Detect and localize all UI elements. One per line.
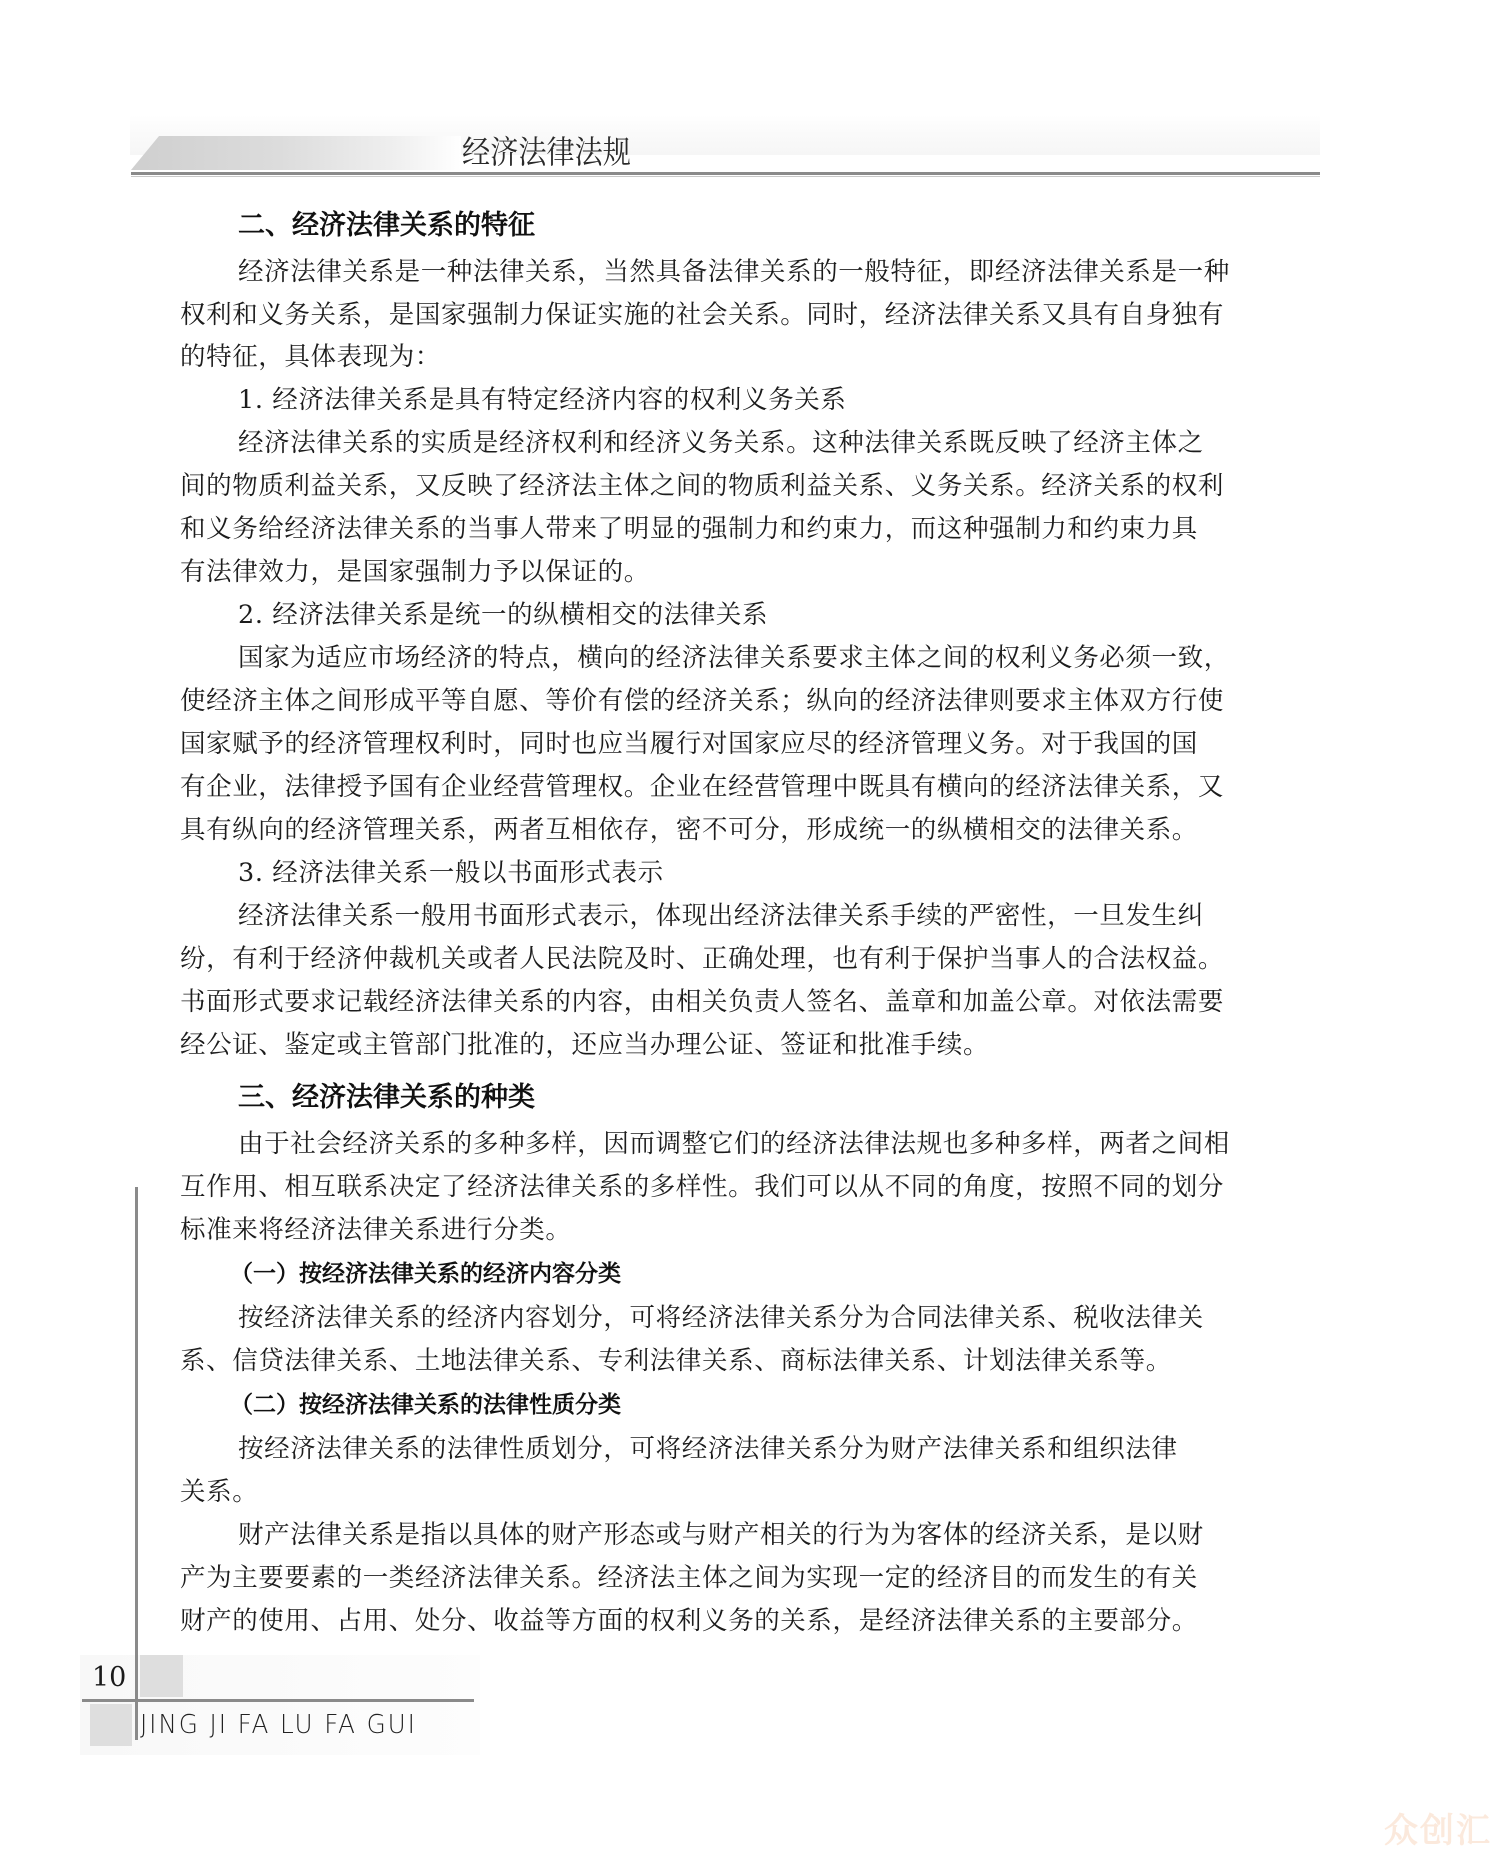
footer-rule [82,1699,474,1702]
paragraph-line: 和义务给经济法律关系的当事人带来了明显的强制力和约束力，而这种强制力和约束力具 [180,512,1198,546]
paragraph-line: 经济法律关系是一种法律关系，当然具备法律关系的一般特征，即经济法律关系是一种 [238,255,1230,289]
paragraph-line: 书面形式要求记载经济法律关系的内容，由相关负责人签名、盖章和加盖公章。对依法需要 [180,985,1224,1019]
paragraph-line: 间的物质利益关系，又反映了经济法主体之间的物质利益关系、义务关系。经济关系的权利 [180,469,1224,503]
paragraph-line: 经济法律关系的实质是经济权利和经济义务关系。这种法律关系既反映了经济主体之 [238,426,1204,460]
running-title: 经济法律法规 [462,130,631,174]
paragraph-line: 产为主要要素的一类经济法律关系。经济法主体之间为实现一定的经济目的而发生的有关 [180,1561,1198,1595]
header-rule [131,172,1320,175]
margin-rule-vertical [135,1187,138,1740]
header-rule-thin [131,176,1320,177]
subsection-heading: （二）按经济法律关系的法律性质分类 [230,1389,621,1421]
paragraph-line: 经济法律关系一般用书面形式表示，体现出经济法律关系手续的严密性，一旦发生纠 [238,899,1204,933]
item-title: 1. 经济法律关系是具有特定经济内容的权利义务关系 [238,383,846,417]
paragraph-line: 标准来将经济法律关系进行分类。 [180,1213,572,1247]
section-heading: 二、经济法律关系的特征 [238,208,535,244]
paragraph-line: 互作用、相互联系决定了经济法律关系的多样性。我们可以从不同的角度，按照不同的划分 [180,1170,1224,1204]
paragraph-line: 财产的使用、占用、处分、收益等方面的权利义务的关系，是经济法律关系的主要部分。 [180,1604,1198,1638]
paragraph-line: 系、信贷法律关系、土地法律关系、专利法律关系、商标法律关系、计划法律关系等。 [180,1344,1172,1378]
subsection-heading: （一）按经济法律关系的经济内容分类 [230,1258,621,1290]
paragraph-line: 国家为适应市场经济的特点，横向的经济法律关系要求主体之间的权利义务必须一致， [238,641,1230,675]
page-number: 10 [92,1660,126,1696]
header-gradient-wedge [131,136,461,170]
section-heading: 三、经济法律关系的种类 [238,1080,535,1116]
paragraph-line: 关系。 [180,1475,258,1509]
paragraph-line: 使经济主体之间形成平等自愿、等价有偿的经济关系；纵向的经济法律则要求主体双方行使 [180,684,1224,718]
paragraph-line: 按经济法律关系的经济内容划分，可将经济法律关系分为合同法律关系、税收法律关 [238,1301,1204,1335]
paragraph-line: 财产法律关系是指以具体的财产形态或与财产相关的行为为客体的经济关系，是以财 [238,1518,1204,1552]
paragraph-line: 具有纵向的经济管理关系，两者互相依存，密不可分，形成统一的纵横相交的法律关系。 [180,813,1198,847]
paragraph-line: 国家赋予的经济管理权利时，同时也应当履行对国家应尽的经济管理义务。对于我国的国 [180,727,1198,761]
pinyin-title: JING JI FA LU FA GUI [140,1708,417,1742]
paragraph-line: 经公证、鉴定或主管部门批准的，还应当办理公证、签证和批准手续。 [180,1028,989,1062]
paragraph-line: 由于社会经济关系的多种多样，因而调整它们的经济法律法规也多种多样，两者之间相 [238,1127,1230,1161]
item-title: 3. 经济法律关系一般以书面形式表示 [238,856,664,890]
paragraph-line: 按经济法律关系的法律性质划分，可将经济法律关系分为财产法律关系和组织法律 [238,1432,1178,1466]
footer-square [140,1655,183,1697]
paragraph-line: 有企业，法律授予国有企业经营管理权。企业在经营管理中既具有横向的经济法律关系，又 [180,770,1224,804]
footer-square [90,1704,132,1746]
paragraph-line: 有法律效力，是国家强制力予以保证的。 [180,555,650,589]
paragraph-line: 权利和义务关系，是国家强制力保证实施的社会关系。同时，经济法律关系又具有自身独有 [180,298,1224,332]
paragraph-line: 纷，有利于经济仲裁机关或者人民法院及时、正确处理，也有利于保护当事人的合法权益。 [180,942,1224,976]
paragraph-line: 的特征，具体表现为： [180,340,441,374]
watermark-logo: 众创汇 [1384,1803,1492,1852]
item-title: 2. 经济法律关系是统一的纵横相交的法律关系 [238,598,768,632]
